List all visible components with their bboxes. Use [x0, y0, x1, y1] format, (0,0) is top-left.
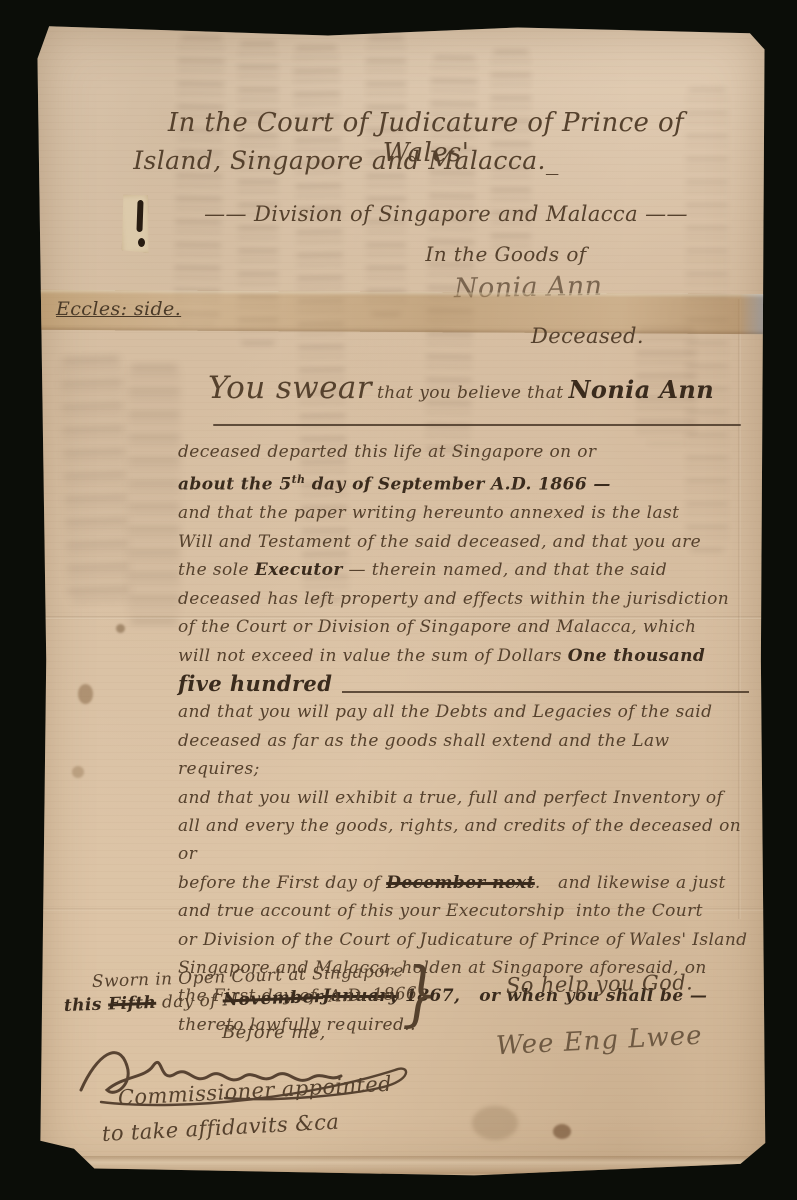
body-line: or Division of the Court of Judicature o… — [178, 926, 753, 954]
rule-under-oath-line — [213, 424, 741, 426]
body-line: and that you will exhibit a true, full a… — [178, 784, 753, 812]
body-line: all and every the goods, rights, and cre… — [178, 812, 753, 869]
spot-stain — [116, 624, 125, 633]
exclamation-mark-dot — [138, 238, 145, 247]
torn-paper-patch — [118, 193, 152, 255]
so-help-you-god-text: So help you God. — [506, 970, 694, 997]
document-page: Nonia Ann In the Court of Judicature of … — [36, 24, 766, 1180]
body-line: and true account of this your Executorsh… — [178, 897, 753, 925]
spot-stain — [72, 766, 84, 778]
body-line: of the Court or Division of Singapore an… — [178, 613, 753, 641]
bleed-through-column — [173, 32, 224, 328]
attestation-brace: } — [402, 954, 438, 1035]
division-line: —— Division of Singapore and Malacca —— — [196, 202, 696, 226]
body-line: five hundred — [178, 670, 753, 698]
commissioner-title-line2: to take affidavits &ca — [101, 1110, 339, 1146]
body-line: and that the paper writing hereunto anne… — [178, 499, 753, 527]
body-line: deceased as far as the goods shall exten… — [178, 727, 753, 784]
court-title-line2: Island, Singapore and Malacca._ — [96, 146, 596, 175]
faint-stain — [472, 1106, 518, 1140]
body-line: about the 5th day of September A.D. 1866… — [178, 466, 753, 499]
body-line: deceased has left property and effects w… — [178, 585, 753, 613]
amount-fill-in: One thousand — [568, 646, 705, 666]
body-line: deceased departed this life at Singapore… — [178, 438, 753, 466]
executor-fill-in: Executor — [255, 560, 343, 580]
blank-rule — [342, 691, 749, 693]
body-line: will not exceed in value the sum of Doll… — [178, 642, 753, 670]
bottom-fold-edge — [36, 1156, 766, 1174]
bleed-through-column — [60, 353, 131, 605]
oath-deceased-name: Nonia Ann — [569, 375, 715, 404]
amount-fill-in-2: five hundred — [178, 670, 332, 698]
struck-out-month-2: November — [222, 987, 323, 1010]
ecclesiastical-side-note: Eccles: side. — [56, 298, 181, 320]
oath-lead-line: You swear that you believe that Nonia An… — [208, 370, 753, 406]
ordinal-superscript: th — [292, 473, 306, 486]
you-swear-text: You swear — [208, 370, 372, 406]
body-line: and that you will pay all the Debts and … — [178, 698, 753, 726]
body-line: Will and Testament of the said deceased,… — [178, 528, 753, 556]
exclamation-mark — [136, 200, 143, 232]
edge-stain — [78, 684, 93, 704]
struck-out-date: December next — [386, 873, 535, 893]
body-line: the sole Executor — therein named, and t… — [178, 556, 753, 584]
ink-stain — [553, 1124, 571, 1139]
bleed-through-column — [128, 362, 180, 627]
deceased-label: Deceased. — [531, 324, 644, 348]
struck-out-day: Fifth — [108, 993, 157, 1015]
body-line: before the First day of December next. a… — [178, 869, 753, 897]
oath-body: deceased departed this life at Singapore… — [178, 438, 753, 1039]
believe-that-text: that you believe that — [377, 383, 563, 403]
in-the-goods-of-label: In the Goods of — [386, 242, 626, 266]
